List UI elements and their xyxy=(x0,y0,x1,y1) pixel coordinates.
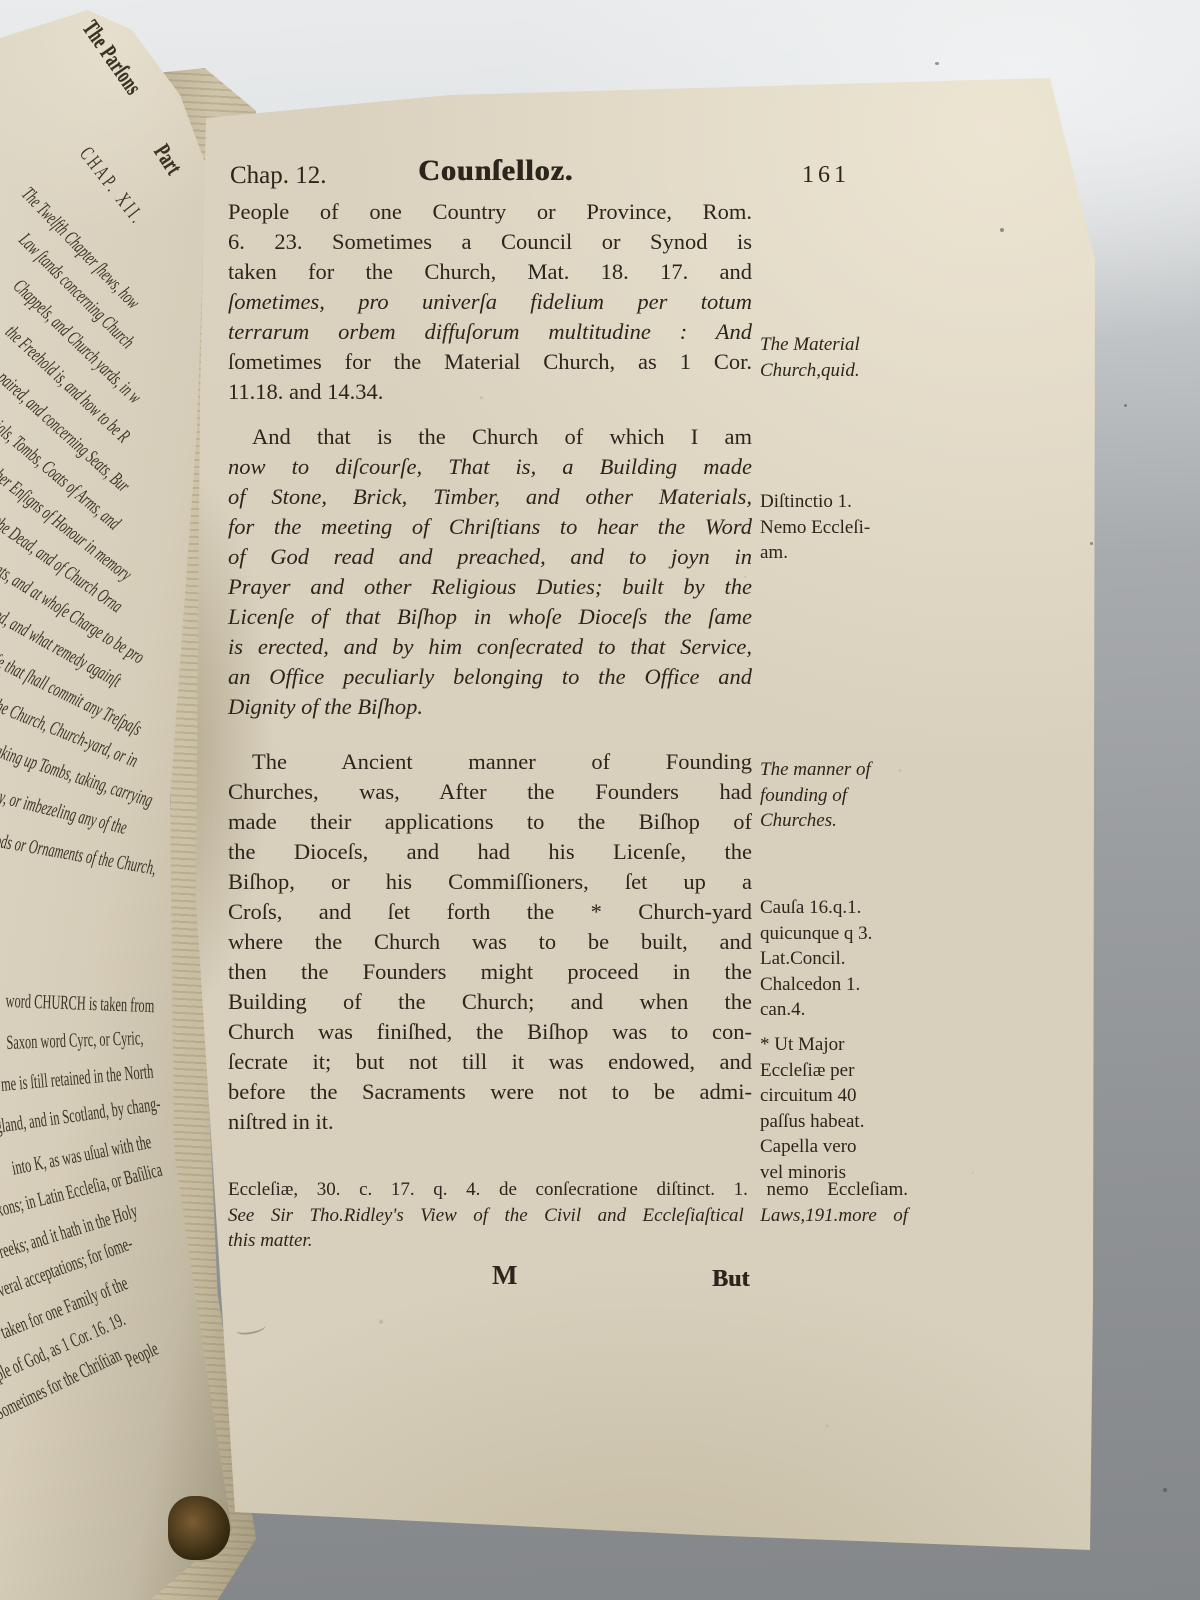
margin-note-ut-major-line: Capella vero xyxy=(760,1134,945,1160)
margin-note-ut-major-line: Eccleſiæ per xyxy=(760,1058,945,1084)
margin-note-material-church: The MaterialChurch,quid. xyxy=(760,332,945,383)
paragraph-3-line: The Ancient manner of Founding xyxy=(228,747,752,777)
margin-note-material-church-line: Church,quid. xyxy=(760,358,945,384)
left-body-line: Saxon word Cyrc, or Cyric, xyxy=(6,1027,144,1055)
catchword: But xyxy=(712,1266,749,1293)
paragraph-3-line: Biſhop, or his Commiſſioners, ſet up a xyxy=(228,867,752,897)
margin-note-ut-major-line: paſſus habeat. xyxy=(760,1109,945,1135)
paragraph-3: The Ancient manner of FoundingChurches, … xyxy=(228,747,752,1137)
footnote: Eccleſiæ, 30. c. 17. q. 4. de conſecrati… xyxy=(228,1177,908,1254)
paragraph-3-line: where the Church was to be built, and xyxy=(228,927,752,957)
dust-speck xyxy=(1124,404,1127,407)
paragraph-2-line: of Stone, Brick, Timber, and other Mater… xyxy=(228,482,752,512)
ink-smudge xyxy=(235,1320,266,1336)
paragraph-2-line: now to diſcourſe, That is, a Building ma… xyxy=(228,452,752,482)
paragraph-1-line: 11.18. and 14.34. xyxy=(228,377,752,407)
paragraph-1-line: People of one Country or Province, Rom. xyxy=(228,197,752,227)
paragraph-1-line: ſometimes, pro univerſa fidelium per tot… xyxy=(228,287,752,317)
left-running-header-right: Part xyxy=(147,140,186,180)
book-photo: The Parſons Part CHAP. XII. The Twelfth … xyxy=(0,0,1200,1600)
paragraph-3-line: Churches, was, After the Founders had xyxy=(228,777,752,807)
paragraph-3-line: before the Sacraments were not to be adm… xyxy=(228,1077,752,1107)
margin-note-distinctio-line: Nemo Eccleſi- xyxy=(760,515,945,541)
paragraph-3-line: Building of the Church; and when the xyxy=(228,987,752,1017)
footnote-line: Eccleſiæ, 30. c. 17. q. 4. de conſecrati… xyxy=(228,1177,908,1203)
paragraph-1-line: taken for the Church, Mat. 18. 17. and xyxy=(228,257,752,287)
dust-speck xyxy=(1163,1488,1167,1492)
paragraph-1-line: 6. 23. Sometimes a Council or Synod is xyxy=(228,227,752,257)
paragraph-2-line: And that is the Church of which I am xyxy=(228,422,752,452)
margin-note-manner-of-founding-line: founding of xyxy=(760,783,945,809)
left-catchword: People xyxy=(122,1338,162,1373)
margin-note-ut-major: * Ut MajorEccleſiæ percircuitum 40paſſus… xyxy=(760,1032,945,1185)
left-summary-line: Goods or Ornaments of the Church, xyxy=(0,827,158,881)
margin-note-manner-of-founding-line: The manner of xyxy=(760,757,945,783)
paragraph-3-line: Church was finiſhed, the Biſhop was to c… xyxy=(228,1017,752,1047)
left-running-header-left: The Parſons xyxy=(76,16,146,100)
chapter-label: Chap. 12. xyxy=(230,162,327,190)
paragraph-2-line: Licenſe of that Biſhop in whoſe Dioceſs … xyxy=(228,602,752,632)
paragraph-3-line: Croſs, and ſet forth the * Church-yard xyxy=(228,897,752,927)
paragraph-3-line: the Dioceſs, and had his Licenſe, the xyxy=(228,837,752,867)
paragraph-3-line: then the Founders might proceed in the xyxy=(228,957,752,987)
left-body-line: me is ſtill retained in the North xyxy=(0,1061,154,1097)
paragraph-1-line: terrarum orbem diffuſorum multitudine : … xyxy=(228,317,752,347)
page-number: 161 xyxy=(802,162,850,189)
paragraph-3-line: niſtred in it. xyxy=(228,1107,752,1137)
right-page: Chap. 12. Counſelloz. 161 People of one … xyxy=(190,70,1100,1560)
margin-note-manner-of-founding-line: Churches. xyxy=(760,808,945,834)
paragraph-1: People of one Country or Province, Rom.6… xyxy=(228,197,752,407)
margin-note-ut-major-line: * Ut Major xyxy=(760,1032,945,1058)
paragraph-2-line: Dignity of the Biſhop. xyxy=(228,692,752,722)
paragraph-2-line: Prayer and other Religious Duties; built… xyxy=(228,572,752,602)
margin-note-distinctio: Diſtinctio 1.Nemo Eccleſi-am. xyxy=(760,489,945,566)
left-body-line: gland, and in Scotland, by chang- xyxy=(0,1093,162,1139)
footnote-line: this matter. xyxy=(228,1228,908,1254)
margin-note-distinctio-line: am. xyxy=(760,540,945,566)
paragraph-2-line: for the meeting of Chriſtians to hear th… xyxy=(228,512,752,542)
dust-speck xyxy=(1090,542,1093,545)
dust-speck xyxy=(935,62,939,65)
margin-note-distinctio-line: Diſtinctio 1. xyxy=(760,489,945,515)
running-title-blackletter: Counſelloz. xyxy=(418,154,573,188)
left-body-line: word CHURCH is taken from xyxy=(5,990,155,1018)
margin-note-manner-of-founding: The manner offounding ofChurches. xyxy=(760,757,945,834)
margin-note-causa-line: Chalcedon 1. xyxy=(760,972,945,998)
paragraph-2: And that is the Church of which I amnow … xyxy=(228,422,752,722)
paragraph-1-line: ſometimes for the Material Church, as 1 … xyxy=(228,347,752,377)
paragraph-2-line: an Office peculiarly belonging to the Of… xyxy=(228,662,752,692)
margin-note-causa-line: can.4. xyxy=(760,997,945,1023)
dust-speck xyxy=(1000,228,1004,232)
footnote-line: See Sir Tho.Ridley's View of the Civil a… xyxy=(228,1203,908,1229)
margin-note-causa-line: Cauſa 16.q.1. xyxy=(760,895,945,921)
paragraph-3-line: made their applications to the Biſhop of xyxy=(228,807,752,837)
paragraph-2-line: of God read and preached, and to joyn in xyxy=(228,542,752,572)
margin-note-causa-line: quicunque q 3. xyxy=(760,921,945,947)
paragraph-2-line: is erected, and by him conſecrated to th… xyxy=(228,632,752,662)
margin-note-causa: Cauſa 16.q.1.quicunque q 3.Lat.Concil.Ch… xyxy=(760,895,945,1023)
binding-leather xyxy=(168,1496,230,1560)
margin-note-causa-line: Lat.Concil. xyxy=(760,946,945,972)
margin-note-material-church-line: The Material xyxy=(760,332,945,358)
left-chapter-heading: CHAP. XII. xyxy=(74,142,150,230)
paragraph-3-line: ſecrate it; but not till it was endowed,… xyxy=(228,1047,752,1077)
margin-note-ut-major-line: circuitum 40 xyxy=(760,1083,945,1109)
signature-mark: M xyxy=(492,1260,517,1291)
